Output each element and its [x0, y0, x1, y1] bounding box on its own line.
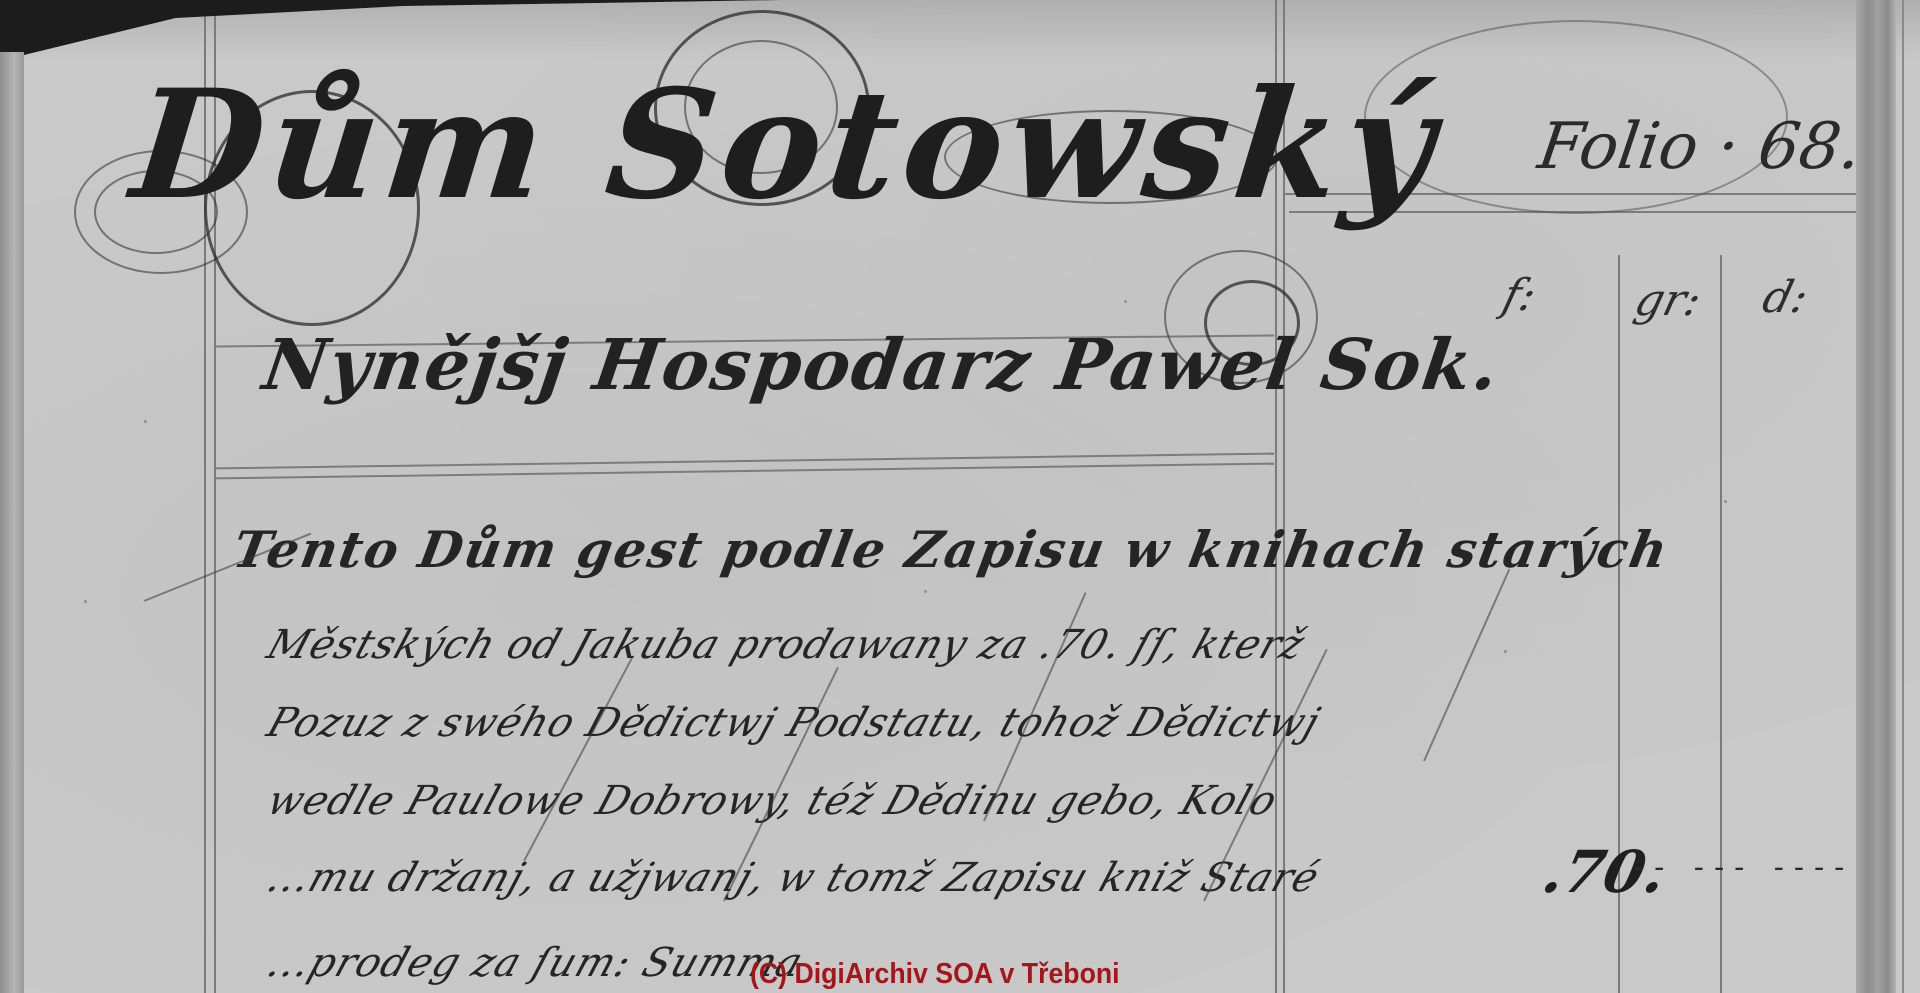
paper-speck — [924, 590, 927, 593]
paper-speck — [144, 420, 147, 423]
ascender-stroke — [1423, 569, 1510, 762]
body-line-3: Pozuz z swého Dědictwj Podstatu, tohož D… — [262, 700, 1326, 746]
column-header-denars: d: — [1758, 272, 1814, 323]
previous-page-edge — [0, 52, 24, 993]
folio-number: 68. — [1754, 110, 1866, 184]
body-line-5: ...mu držanj, a užjwanj, w tomž Zapisu k… — [262, 855, 1326, 901]
ascender-stroke — [523, 657, 633, 861]
body-line-1: Tento Dům gest podle Zapisu w knihach st… — [229, 520, 1674, 579]
archive-watermark: (C) DigiArchiv SOA v Třeboni — [750, 958, 1120, 991]
column-header-groschen: gr: — [1630, 275, 1707, 326]
heading-current-owner: Nynějšj Hospodarz Pawel Sok. — [259, 330, 1505, 400]
heading-ruling-2 — [214, 453, 1274, 470]
body-line-6: ...prodeg za ſum: Summa — [262, 940, 810, 986]
column-header-florins: f: — [1498, 270, 1542, 321]
paper-speck — [1124, 300, 1127, 303]
heading-house-name: Dům Sotowský — [126, 70, 1446, 220]
gutter-edge — [1902, 0, 1904, 993]
binding-gutter — [1856, 0, 1896, 993]
folio-word: Folio — [1534, 110, 1703, 184]
body-line-2: Městských od Jakuba prodawany za .70. ſſ… — [262, 622, 1311, 668]
amount-filler-dashes: -- --- ---- — [1634, 850, 1854, 885]
paper-speck — [1724, 500, 1727, 503]
paper-speck — [1504, 650, 1507, 653]
register-page: Dům Sotowský Nynějšj Hospodarz Pawel Sok… — [24, 0, 1920, 993]
folio-label: Folio · 68. — [1534, 110, 1866, 184]
scanned-document: Dům Sotowský Nynějšj Hospodarz Pawel Sok… — [0, 0, 1920, 993]
paper-speck — [84, 600, 87, 603]
